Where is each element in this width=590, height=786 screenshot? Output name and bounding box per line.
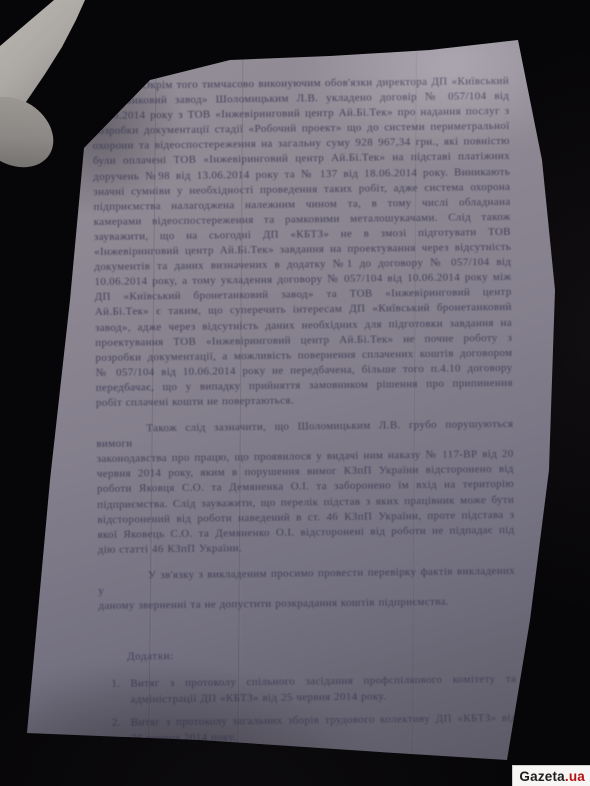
paragraph-labor-violations: Також слід зазначити, що Шоломицьким Л.В… — [96, 417, 515, 558]
attachment-number: 1. — [111, 677, 130, 708]
folded-page-edge — [0, 82, 67, 181]
document-page: Окрім того тимчасово виконуючим обов'язк… — [0, 0, 590, 786]
paragraph-contract: Окрім того тимчасово виконуючим обов'язк… — [92, 74, 513, 411]
watermark-name: Gazeta — [519, 769, 564, 784]
photo-background: Окрім того тимчасово виконуючим обов'язк… — [0, 0, 590, 786]
attachment-text: Витяг з протоколу загальних зборів трудо… — [131, 711, 517, 747]
watermark-badge: Gazeta.ua — [512, 765, 590, 786]
attachment-text: Витяг з протоколу спільного засідання пр… — [130, 672, 516, 708]
watermark-tld: .ua — [565, 769, 585, 784]
document-text: Окрім того тимчасово виконуючим обов'язк… — [92, 74, 517, 747]
attachment-item: 2. Витяг з протоколу загальних зборів тр… — [112, 711, 517, 747]
attachment-number: 2. — [112, 716, 131, 747]
attachments-heading: Додатки: — [127, 645, 516, 665]
paragraph-request: У зв'язку з викладеним просимо провести … — [98, 564, 516, 614]
attachment-item: 1. Витяг з протоколу спільного засідання… — [111, 672, 516, 708]
